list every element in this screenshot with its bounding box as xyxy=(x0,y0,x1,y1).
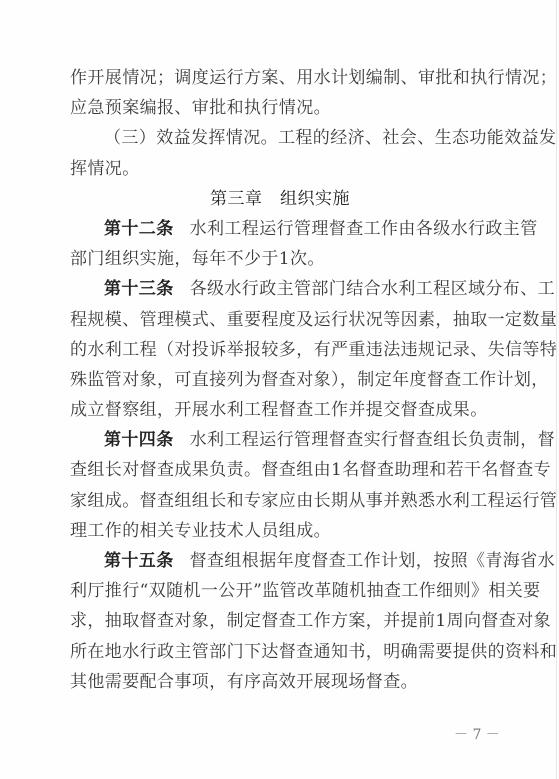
article-text: 水利工程运行管理督查工作由各级水行政主管 xyxy=(190,219,538,239)
article-13-first-line: 第十三条各级水行政主管部门结合水利工程区域分布、工 xyxy=(70,274,490,304)
text-line: （三）效益发挥情况。工程的经济、社会、生态功能效益发 xyxy=(70,123,490,153)
page-body: 作开展情况；调度运行方案、用水计划编制、审批和执行情况； 应急预案编报、审批和执… xyxy=(70,63,490,697)
text-line: 家组成。督查组组长和专家应由长期从事并熟悉水利工程运行管 xyxy=(70,486,490,516)
text-line: 挥情况。 xyxy=(70,154,490,184)
text-line: 的水利工程（对投诉举报较多，有严重违法违规记录、失信等特 xyxy=(70,335,490,365)
article-text: 督查组根据年度督查工作计划，按照《青海省水 xyxy=(190,551,555,571)
article-label: 第十四条 xyxy=(104,430,174,450)
chapter-heading: 第三章 组织实施 xyxy=(70,184,490,214)
text-line: 程规模、管理模式、重要程度及运行状况等因素，抽取一定数量 xyxy=(70,305,490,335)
text-line: 查组长对督查成果负责。督查组由1名督查助理和若干名督查专 xyxy=(70,455,490,485)
text-line: 作开展情况；调度运行方案、用水计划编制、审批和执行情况； xyxy=(70,63,490,93)
text-line: 其他需要配合事项，有序高效开展现场督查。 xyxy=(70,667,490,697)
text-line: 成立督察组，开展水利工程督查工作并提交督查成果。 xyxy=(70,395,490,425)
article-label: 第十三条 xyxy=(104,279,174,299)
text-line: 理工作的相关专业技术人员组成。 xyxy=(70,516,490,546)
text-line: 部门组织实施，每年不少于1次。 xyxy=(70,244,490,274)
article-text: 各级水行政主管部门结合水利工程区域分布、工 xyxy=(190,279,555,299)
page-edge-divider xyxy=(556,0,557,779)
article-text: 水利工程运行管理督查实行督查组长负责制，督 xyxy=(190,430,555,450)
article-15-first-line: 第十五条督查组根据年度督查工作计划，按照《青海省水 xyxy=(70,546,490,576)
article-label: 第十二条 xyxy=(104,219,174,239)
article-14-first-line: 第十四条水利工程运行管理督查实行督查组长负责制，督 xyxy=(70,425,490,455)
text-line: 求，抽取督查对象，制定督查工作方案，并提前1周向督查对象 xyxy=(70,606,490,636)
text-line: 所在地水行政主管部门下达督查通知书，明确需要提供的资料和 xyxy=(70,637,490,667)
article-label: 第十五条 xyxy=(104,551,174,571)
text-line: 殊监管对象，可直接列为督查对象），制定年度督查工作计划， xyxy=(70,365,490,395)
text-line: 利厅推行“双随机一公开”监管改革随机抽查工作细则》相关要 xyxy=(70,576,490,606)
page-number: － 7 － xyxy=(454,724,500,744)
text-line: 应急预案编报、审批和执行情况。 xyxy=(70,93,490,123)
document-page: 作开展情况；调度运行方案、用水计划编制、审批和执行情况； 应急预案编报、审批和执… xyxy=(0,0,559,779)
article-12-first-line: 第十二条水利工程运行管理督查工作由各级水行政主管 xyxy=(70,214,490,244)
